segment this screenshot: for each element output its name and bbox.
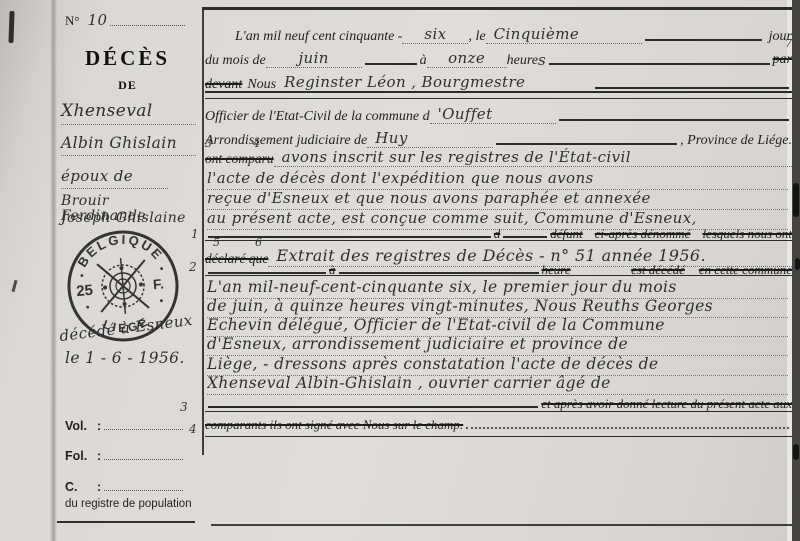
act-line-4: d'Esneux, arrondissement judiciaire et p… (207, 336, 788, 356)
sidebar-column: N° 10 DÉCÈS DE Xhenseval Albin Ghislain … (57, 0, 198, 541)
insert-handwriting-line-1: avons inscrit sur les registres de l'Éta… (274, 149, 792, 168)
dotted-line (104, 455, 183, 460)
act-number-value: 10 (88, 12, 108, 29)
column-divider-rule (202, 8, 204, 455)
commune-handwritten: 'Ouffet (430, 106, 556, 125)
act-line-1: L'an mil-neuf-cent-cinquante six, le pre… (207, 279, 788, 299)
main-column: L'an mil neuf cent cinquante - six , le … (205, 0, 792, 541)
nous-printed-text: Nous (247, 77, 276, 92)
folio-label: Fol. (65, 449, 97, 463)
ink-line (365, 59, 417, 65)
heure-printed-text: heure (507, 53, 538, 68)
act-number-label: N° (65, 14, 80, 28)
insert-handwriting-line-3: reçue d'Esneux et que nous avons paraphé… (207, 190, 788, 210)
colon: : (97, 419, 101, 433)
dotted-line (466, 423, 789, 429)
officer-name-handwritten: Reginster Léon , Bourgmestre (276, 74, 592, 93)
section-rule (205, 240, 792, 241)
binding-mark (8, 11, 14, 43)
year-printed-text: L'an mil neuf cent cinquante - (235, 29, 402, 44)
ink-line (503, 232, 547, 238)
comparants-struck-row: comparants ils ont signé avec Nous sur l… (205, 416, 792, 432)
page-edge-mark (793, 183, 799, 217)
lesquels-struck-text: lesquels nous ont (702, 227, 792, 241)
dotted-line (104, 486, 183, 491)
header-line-1: L'an mil neuf cent cinquante - six , le … (205, 22, 792, 44)
par-struck-wrap: 7 par (773, 50, 792, 68)
officier-row: Officier de l'Etat-Civil de la commune d… (205, 102, 792, 124)
insert-handwriting-line-2: l'acte de décès dont l'expédition que no… (207, 170, 788, 190)
section-rule (205, 411, 792, 412)
page-edge-mark (795, 258, 800, 270)
stamp-value-text: 25 (76, 282, 94, 300)
sidebar-bottom-rule (57, 521, 195, 523)
double-rule (205, 91, 792, 99)
comparu-row: 3 4 ont comparu avons inscrit sur les re… (205, 148, 792, 167)
act-line-5: Liège, - dressons après constatation l'a… (207, 356, 788, 376)
hour-handwritten: onze (427, 50, 507, 69)
ink-line (496, 139, 677, 145)
stamp-currency-text: F. (152, 275, 164, 292)
section-rule (205, 436, 792, 437)
month-handwritten: juin (266, 50, 362, 69)
act-number-row: N° 10 (65, 12, 188, 29)
c-row: C. : (65, 480, 186, 494)
volume-row: Vol. : (65, 419, 186, 433)
page-fold-crease (50, 0, 57, 541)
arrondissement-handwritten: Huy (367, 130, 493, 149)
colon: : (97, 449, 101, 463)
par-struck-text: par (773, 52, 792, 67)
denomme-struck-text: ci-après dénommé (595, 227, 691, 241)
ink-line (645, 35, 762, 41)
day-ordinal-handwritten: Cinquième (486, 26, 642, 45)
section-rule (205, 275, 792, 276)
renvoi-number-6: 6 (255, 236, 262, 249)
comparu-struck-text: ont comparu (205, 152, 274, 167)
ink-line (339, 268, 539, 274)
document-page: 1 2 3 4 N° 10 DÉCÈS DE Xhenseval Albin G… (0, 0, 800, 541)
c-label: C. (65, 480, 97, 494)
ink-line (595, 83, 789, 89)
deceased-given-names: Albin Ghislain (61, 135, 196, 156)
defunt-struck-row: d défunt ci-après dénommé lesquels nous … (205, 226, 792, 241)
arrondissement-row: Arrondissement judiciaire de Huy , Provi… (205, 126, 792, 148)
lecture-struck-text: et après avoir donné lecture du présent … (541, 397, 792, 411)
act-line-2: de juin, à quinze heures vingt-minutes, … (207, 298, 788, 318)
year-handwritten: six (402, 26, 468, 45)
defunt-struck-text: défunt (550, 227, 583, 241)
document-subtitle: DE (57, 78, 198, 93)
ink-line (208, 232, 491, 238)
arrondissement-printed-text: Arrondissement judiciaire de (205, 133, 367, 148)
register-note: du registre de population (65, 498, 192, 510)
ink-line (559, 115, 789, 121)
ink-line (208, 268, 326, 274)
act-line-6: Xhenseval Albin-Ghislain , ouvrier carri… (207, 375, 788, 395)
header-line-3: devant Nous Reginster Léon , Bourgmestre (205, 70, 792, 92)
comparants-struck-text: comparants ils ont signé avec Nous sur l… (205, 418, 463, 432)
renvoi-number-5: 5 (213, 236, 220, 249)
folio-row: Fol. : (65, 449, 186, 463)
page-edge-mark (793, 444, 799, 460)
bottom-rule (211, 524, 792, 526)
lecture-struck-row: et après avoir donné lecture du présent … (205, 396, 792, 411)
officier-printed-text: Officier de l'Etat-Civil de la commune d (205, 109, 430, 124)
le-printed-text: , le (468, 29, 485, 44)
document-title: DÉCÈS (57, 46, 198, 71)
svg-text:BELGIQUE: BELGIQUE (72, 228, 167, 271)
stamp-country-text: BELGIQUE (72, 228, 167, 271)
deceased-surname: Xhenseval (61, 102, 196, 125)
dotted-line (104, 425, 183, 430)
ink-line (549, 59, 769, 65)
month-printed-text: du mois de (205, 53, 266, 68)
header-line-2: du mois de juin à onze heure s 7 par (205, 46, 792, 68)
volume-label: Vol. (65, 419, 97, 433)
spouse-label: époux de (61, 168, 168, 189)
renvoi-number-7: 7 (785, 37, 792, 50)
dotted-line (110, 21, 185, 26)
heure-plural-handwritten: s (538, 52, 546, 69)
renvoi-number-4: 4 (253, 137, 260, 150)
renvoi-number-3: 3 (205, 137, 212, 150)
a-printed-text: à (420, 53, 427, 68)
death-date-note: le 1 - 6 - 1956. (65, 350, 185, 367)
defunt-struck-d: d (494, 227, 501, 241)
binding-mark (11, 280, 17, 292)
act-line-3: Échevin délégué, Officier de l'État-civi… (207, 317, 788, 337)
devant-struck-text: devant (205, 77, 242, 92)
ink-line (208, 402, 538, 408)
province-printed-text: , Province de Liége. (680, 133, 792, 148)
colon: : (97, 480, 101, 494)
